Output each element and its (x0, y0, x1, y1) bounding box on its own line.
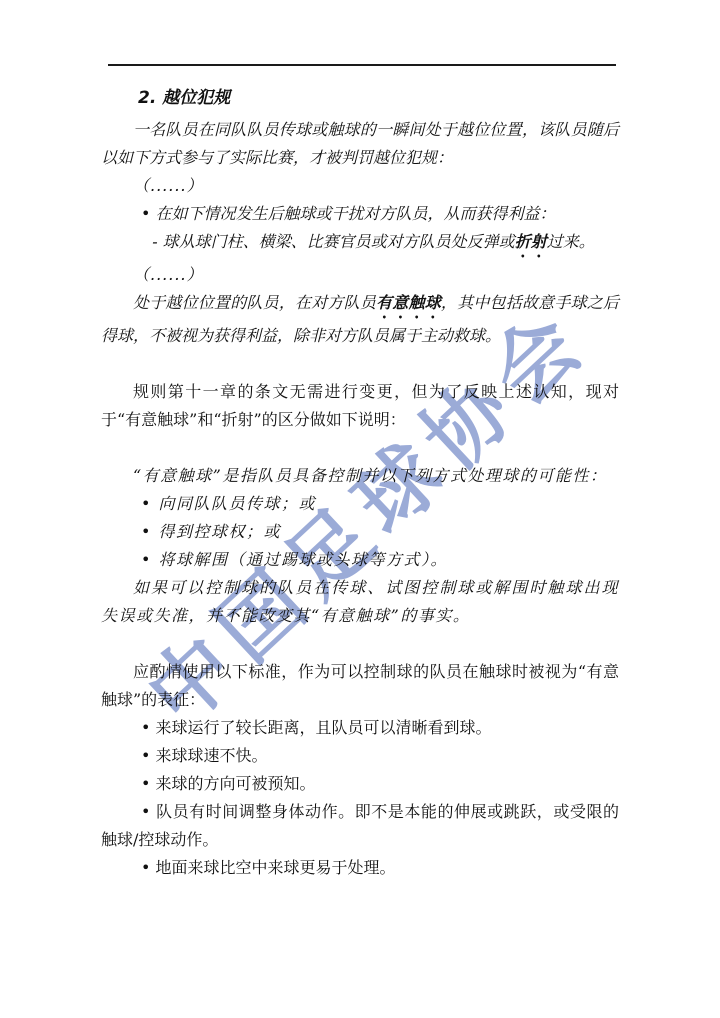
text-run: • 向同队队员传球；或 (141, 494, 316, 513)
paragraph: “有意触球”是指队员具备控制并以下列方式处理球的可能性： (101, 462, 619, 490)
text-run: - 球从球门柱、横梁、比赛官员或对方队员处反弹或 (152, 232, 515, 251)
text-run: 应酌情使用以下标准，作为可以控制球的队员在触球时被视为“有意触球”的表征： (101, 662, 619, 709)
paragraph: 应酌情使用以下标准，作为可以控制球的队员在触球时被视为“有意触球”的表征： (101, 658, 619, 714)
bullet-item: • 向同队队员传球；或 (101, 490, 619, 518)
section-title: 2. 越位犯规 (101, 84, 619, 112)
text-run: 处于越位位置的队员，在对方队员 (133, 293, 376, 312)
emphasized-term: 有意触球 (376, 293, 441, 312)
bullet-item: • 在如下情况发生后触球或干扰对方队员，从而获得利益： (101, 200, 619, 228)
paragraph: 一名队员在同队队员传球或触球的一瞬间处于越位位置，该队员随后以如下方式参与了实际… (101, 116, 619, 172)
text-run: • 来球的方向可被预知。 (141, 774, 316, 793)
bullet-item: • 得到控球权；或 (101, 518, 619, 546)
text-run: （......） (133, 265, 204, 284)
text-run: “有意触球”是指队员具备控制并以下列方式处理球的可能性： (133, 466, 607, 485)
text-run: • 来球球速不快。 (141, 746, 268, 765)
text-run: 规则第十一章的条文无需进行变更，但为了反映上述认知，现对于“有意触球”和“折射”… (101, 382, 619, 429)
text-run: • 队员有时间调整身体动作。即不是本能的伸展或跳跃，或受限的触球/控球动作。 (101, 802, 619, 849)
paragraph-spacer (101, 434, 619, 462)
text-run: 如果可以控制球的队员在传球、试图控制球或解围时触球出现失误或失准，并不能改变其“… (101, 578, 619, 625)
paragraph: 如果可以控制球的队员在传球、试图控制球或解围时触球出现失误或失准，并不能改变其“… (101, 574, 619, 630)
bullet-item: • 地面来球比空中来球更易于处理。 (101, 854, 619, 882)
text-run: • 地面来球比空中来球更易于处理。 (141, 858, 396, 877)
sub-bullet-item: - 球从球门柱、横梁、比赛官员或对方队员处反弹或折射过来。 (101, 228, 619, 261)
ellipsis-placeholder: （......） (101, 172, 619, 200)
text-run: 2. 越位犯规 (138, 88, 230, 108)
document-body: 2. 越位犯规一名队员在同队队员传球或触球的一瞬间处于越位位置，该队员随后以如下… (101, 84, 619, 882)
text-run: • 将球解围（通过踢球或头球等方式）。 (141, 550, 448, 569)
bullet-item: • 来球球速不快。 (101, 742, 619, 770)
text-run: 过来。 (547, 232, 595, 251)
header-rule (108, 64, 616, 66)
text-run: 一名队员在同队队员传球或触球的一瞬间处于越位位置，该队员随后以如下方式参与了实际… (101, 120, 619, 167)
text-run: • 在如下情况发生后触球或干扰对方队员，从而获得利益： (141, 204, 556, 223)
text-run: • 得到控球权；或 (141, 522, 281, 541)
bullet-item: • 来球的方向可被预知。 (101, 770, 619, 798)
paragraph-spacer (101, 350, 619, 378)
emphasized-term: 折射 (515, 232, 547, 251)
bullet-item: • 来球运行了较长距离，且队员可以清晰看到球。 (101, 714, 619, 742)
bullet-item: • 将球解围（通过踢球或头球等方式）。 (101, 546, 619, 574)
paragraph: 处于越位位置的队员，在对方队员有意触球，其中包括故意手球之后得球，不被视为获得利… (101, 289, 619, 350)
document-page: 中国足球协会 2. 越位犯规一名队员在同队队员传球或触球的一瞬间处于越位位置，该… (0, 0, 720, 1018)
ellipsis-placeholder: （......） (101, 261, 619, 289)
paragraph-spacer (101, 630, 619, 658)
paragraph: 规则第十一章的条文无需进行变更，但为了反映上述认知，现对于“有意触球”和“折射”… (101, 378, 619, 434)
text-run: • 来球运行了较长距离，且队员可以清晰看到球。 (141, 718, 492, 737)
bullet-item: • 队员有时间调整身体动作。即不是本能的伸展或跳跃，或受限的触球/控球动作。 (101, 798, 619, 854)
text-run: （......） (133, 176, 204, 195)
